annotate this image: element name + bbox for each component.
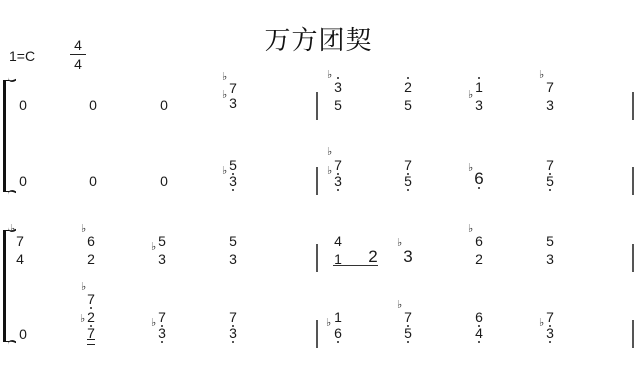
- note-digit: 2: [87, 252, 95, 266]
- note: 3: [155, 252, 169, 266]
- note: 5: [155, 234, 169, 248]
- note-digit: 5: [229, 158, 237, 172]
- note: 6: [331, 326, 345, 340]
- note-digit: 3: [475, 98, 483, 112]
- note: 3: [331, 80, 345, 94]
- barline: [316, 244, 318, 272]
- barline-end: [632, 167, 634, 195]
- note-digit: 6: [87, 234, 95, 248]
- barline: [316, 92, 318, 120]
- note-digit: 3: [403, 250, 412, 264]
- note-digit: 2: [368, 250, 377, 264]
- note: 7: [543, 80, 557, 94]
- note-digit: 6: [334, 326, 342, 340]
- note-digit: 7: [404, 310, 412, 324]
- note: 4: [331, 234, 345, 248]
- note: 3: [226, 326, 240, 340]
- note-digit: 4: [334, 234, 342, 248]
- note-digit: 3: [546, 326, 554, 340]
- barline-end: [632, 244, 634, 272]
- note-rest: 0: [86, 174, 100, 188]
- note: 3: [226, 252, 240, 266]
- system-2-bracket: [3, 230, 9, 342]
- barline: [316, 167, 318, 195]
- note-digit: 3: [229, 252, 237, 266]
- note: 5: [226, 158, 240, 172]
- note: 7: [226, 310, 240, 324]
- note-digit: 3: [334, 174, 342, 188]
- note: 3: [226, 174, 240, 188]
- flat-icon: ♭: [397, 236, 402, 249]
- note: 7: [543, 310, 557, 324]
- note: 7: [155, 310, 169, 324]
- note-digit: 7: [546, 158, 554, 172]
- note: 7: [331, 158, 345, 172]
- note-digit: 1: [334, 252, 342, 266]
- note-digit: 5: [546, 174, 554, 188]
- note-digit: 3: [334, 80, 342, 94]
- note: 5: [543, 174, 557, 188]
- note: 3: [155, 326, 169, 340]
- note: 7: [84, 292, 98, 306]
- note-digit: 7: [16, 234, 24, 248]
- note-digit: 4: [16, 252, 24, 266]
- note-digit: 5: [546, 234, 554, 248]
- note-rest: 0: [16, 98, 30, 112]
- note: 5: [401, 174, 415, 188]
- note-digit: 7: [229, 310, 237, 324]
- note: 5: [226, 234, 240, 248]
- note-digit: 2: [87, 310, 95, 324]
- note: 7: [84, 326, 98, 340]
- note-digit: 3: [546, 98, 554, 112]
- note: 2: [401, 80, 415, 94]
- note: 1: [472, 80, 486, 94]
- note-digit: 7: [546, 80, 554, 94]
- note-digit: 7: [158, 310, 166, 324]
- note: 3: [226, 96, 240, 110]
- note: 1: [331, 310, 345, 324]
- note-digit: 6: [474, 172, 483, 186]
- note-digit: 3: [158, 252, 166, 266]
- note-digit: 7: [87, 326, 95, 340]
- note: 6: [472, 172, 486, 186]
- note-digit: 2: [404, 80, 412, 94]
- note-digit: 7: [546, 310, 554, 324]
- note-rest: 0: [86, 98, 100, 112]
- barline: [316, 320, 318, 348]
- note-digit: 7: [87, 292, 95, 306]
- barline-end: [632, 92, 634, 120]
- note-digit: 5: [334, 98, 342, 112]
- key-signature: 1=C: [9, 48, 35, 64]
- note: 3: [331, 174, 345, 188]
- note-digit: 7: [404, 158, 412, 172]
- note: 3: [543, 252, 557, 266]
- note-digit: 5: [404, 174, 412, 188]
- note-rest: 0: [16, 327, 30, 341]
- note: 6: [472, 234, 486, 248]
- score-title: 万方团契: [0, 20, 637, 57]
- note: 7: [543, 158, 557, 172]
- note: 4: [472, 326, 486, 340]
- system-1-bracket: [3, 80, 9, 192]
- note: 5: [331, 98, 345, 112]
- note: 3: [401, 250, 415, 264]
- time-signature-divider: [70, 54, 86, 55]
- eighth-note-beam: [333, 265, 378, 266]
- note: 7: [13, 234, 27, 248]
- note: 2: [366, 250, 380, 264]
- note-digit: 1: [334, 310, 342, 324]
- note: 5: [401, 98, 415, 112]
- barline-end: [632, 320, 634, 348]
- note: 5: [543, 234, 557, 248]
- note-digit: 5: [158, 234, 166, 248]
- time-signature-bottom: 4: [70, 56, 86, 72]
- note-digit: 3: [229, 96, 237, 110]
- note-digit: 3: [229, 326, 237, 340]
- note: 7: [226, 81, 240, 95]
- note: 6: [472, 310, 486, 324]
- note: 3: [472, 98, 486, 112]
- note: 6: [84, 234, 98, 248]
- note-rest: 0: [16, 174, 30, 188]
- note: 2: [472, 252, 486, 266]
- note: 7: [401, 310, 415, 324]
- note-digit: 3: [546, 252, 554, 266]
- time-signature: 4 4: [70, 37, 86, 72]
- note-digit: 6: [475, 234, 483, 248]
- note-digit: 7: [229, 81, 237, 95]
- note-digit: 3: [229, 174, 237, 188]
- note-digit: 5: [229, 234, 237, 248]
- note-digit: 7: [334, 158, 342, 172]
- note-digit: 6: [475, 310, 483, 324]
- note: 7: [401, 158, 415, 172]
- note: 5: [401, 326, 415, 340]
- note: 4: [13, 252, 27, 266]
- note: 3: [543, 98, 557, 112]
- note-digit: 5: [404, 326, 412, 340]
- note: 2: [84, 252, 98, 266]
- note-digit: 5: [404, 98, 412, 112]
- note-digit: 3: [158, 326, 166, 340]
- note-digit: 4: [475, 326, 483, 340]
- note-rest: 0: [157, 174, 171, 188]
- flat-icon: ♭: [327, 145, 332, 158]
- note: 3: [543, 326, 557, 340]
- note-digit: 2: [475, 252, 483, 266]
- note: 2: [84, 310, 98, 324]
- time-signature-top: 4: [70, 37, 86, 53]
- note: 1: [331, 252, 345, 266]
- note-rest: 0: [157, 98, 171, 112]
- note-digit: 1: [475, 80, 483, 94]
